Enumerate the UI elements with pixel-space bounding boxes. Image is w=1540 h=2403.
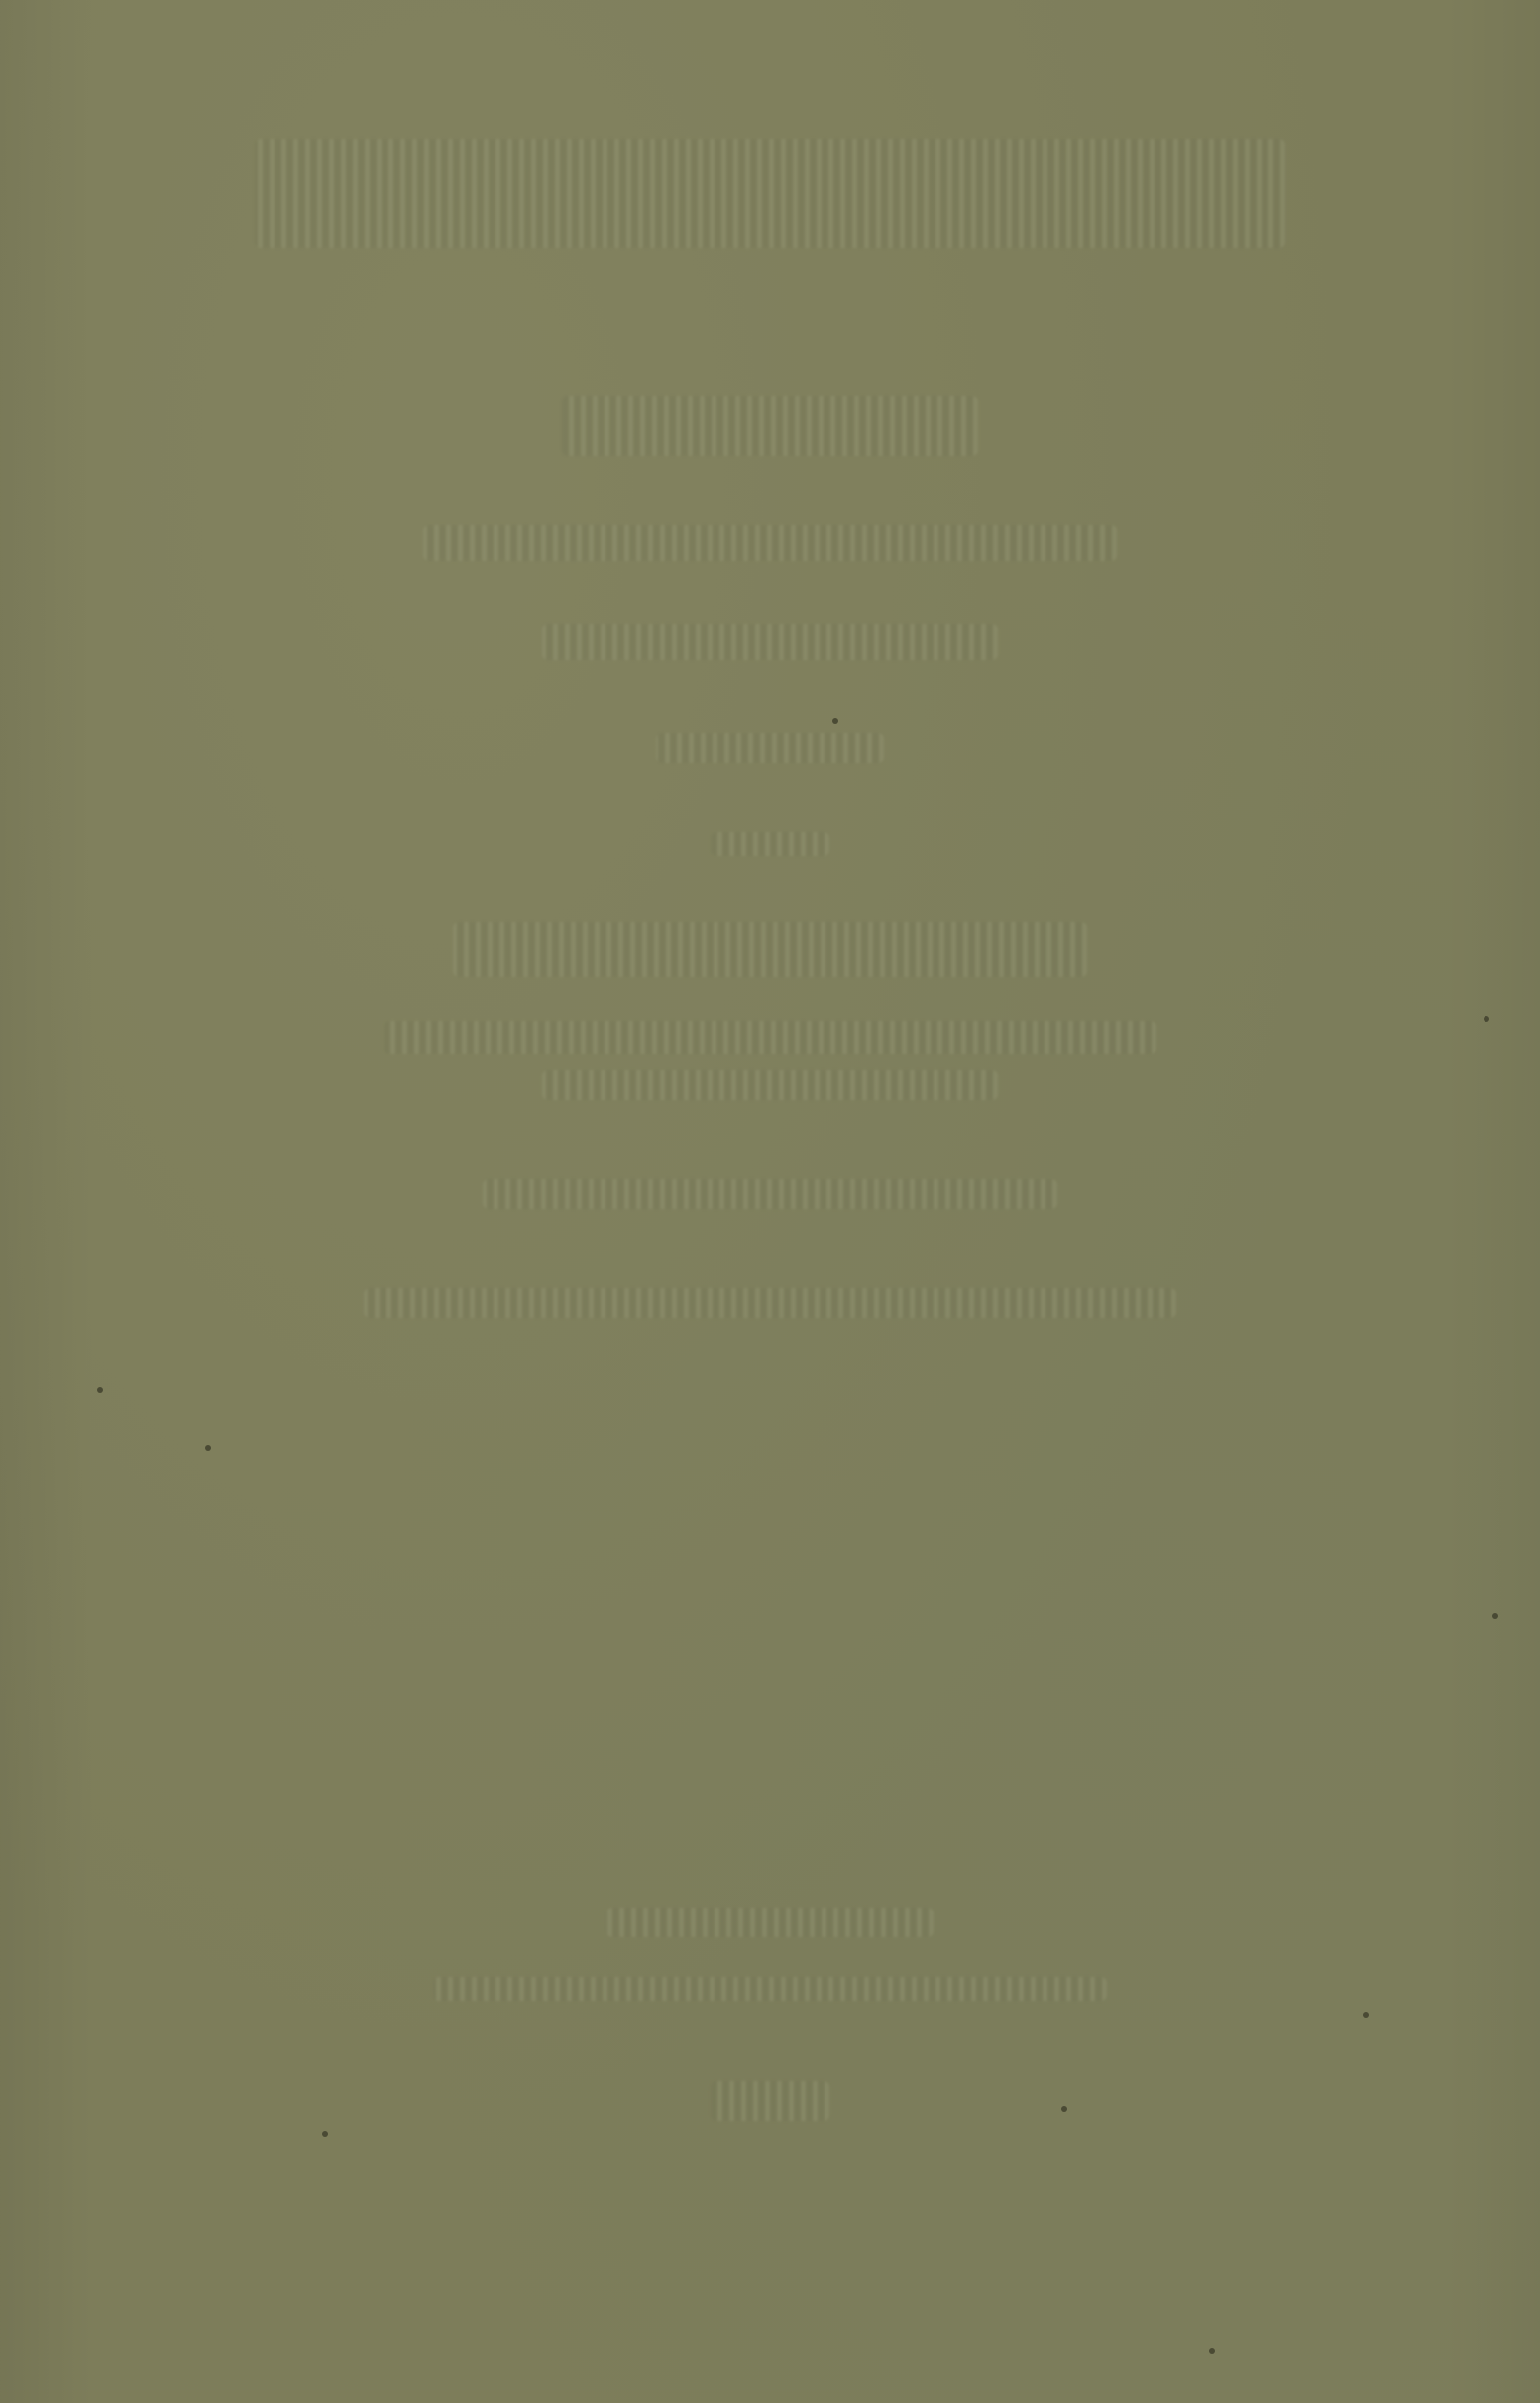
paper-speck xyxy=(1061,2106,1067,2112)
paper-speck xyxy=(97,1387,103,1393)
bleed-through-text-line xyxy=(255,139,1285,248)
paper-speck xyxy=(1363,2012,1369,2018)
paper-speck xyxy=(322,2131,328,2137)
bleed-through-text-line xyxy=(423,525,1117,561)
bleed-through-text-line xyxy=(656,733,884,763)
paper-speck xyxy=(1492,1613,1498,1619)
paper-speck xyxy=(1484,1016,1489,1022)
paper-speck xyxy=(832,718,838,724)
bleed-through-text-line xyxy=(542,624,998,660)
bleed-through-text-line xyxy=(433,1977,1107,2001)
book-page-verso xyxy=(0,0,1540,2403)
bleed-through-text-line xyxy=(711,2081,829,2121)
paper-speck xyxy=(205,1445,211,1451)
bleed-through-text-line xyxy=(562,396,978,456)
bleed-through-text-line xyxy=(364,1288,1176,1318)
bleed-through-text-line xyxy=(606,1908,934,1937)
bleed-through-text-line xyxy=(542,1070,998,1100)
bleed-through-text-line xyxy=(384,1021,1156,1054)
bleed-through-text-line xyxy=(453,922,1087,977)
bleed-through-text-line xyxy=(711,832,829,856)
bleed-through-text-line xyxy=(483,1179,1057,1209)
paper-speck xyxy=(1209,2348,1215,2354)
